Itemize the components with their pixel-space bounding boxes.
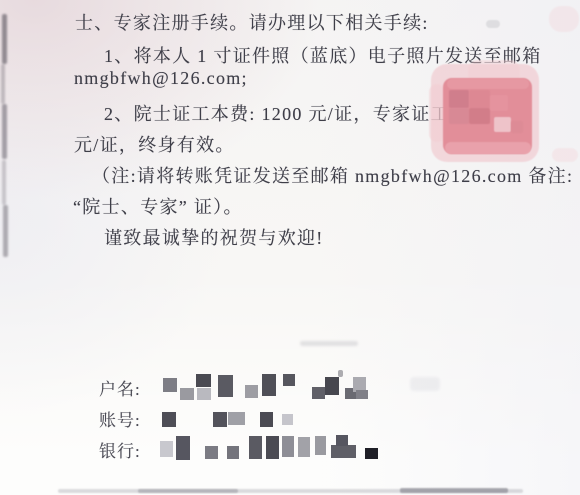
scanned-letter-page: 士、专家注册手续。请办理以下相关手续: 1、将本人 1 寸证件照（蓝底）电子照片… [0,0,580,495]
bank-details-redaction-mosaic [0,0,580,495]
